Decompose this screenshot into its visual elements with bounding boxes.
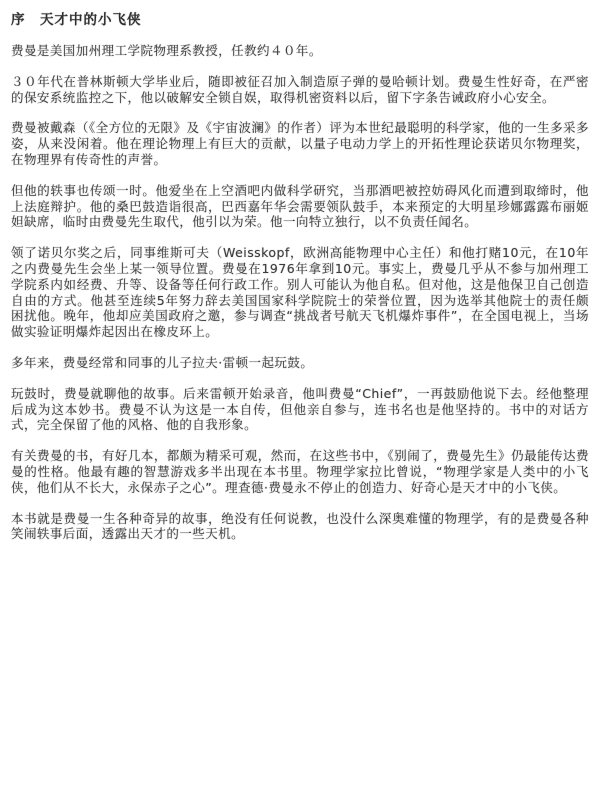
paragraph: 费曼被戴森（《全方位的无限》及《宇宙波澜》的作者）评为本世纪最聪明的科学家，他的… <box>11 120 589 167</box>
page-title: 序 天才中的小飞侠 <box>11 12 589 29</box>
paragraph: 但他的轶事也传颂一时。他爱坐在上空酒吧内做科学研究，当那酒吧被控妨碍风化而遭到取… <box>11 183 589 230</box>
paragraph: 领了诺贝尔奖之后，同事维斯可夫（Weisskopf，欧洲高能物理中心主任）和他打… <box>11 245 589 340</box>
paragraph: 多年来，费曼经常和同事的儿子拉夫·雷顿一起玩鼓。 <box>11 355 589 371</box>
paragraph: 本书就是费曼一生各种奇异的故事，绝没有任何说教，也没什么深奥难懂的物理学，有的是… <box>11 511 589 543</box>
paragraph: 有关费曼的书，有好几本，都颇为精采可观，然而，在这些书中，《别闹了，费曼先生》仍… <box>11 448 589 495</box>
paragraph: 费曼是美国加州理工学院物理系教授，任教约４０年。 <box>11 43 589 59</box>
paragraph: ３０年代在普林斯顿大学毕业后，随即被征召加入制造原子弹的曼哈顿计划。费曼生性好奇… <box>11 74 589 106</box>
preface-page: 序 天才中的小飞侠 费曼是美国加州理工学院物理系教授，任教约４０年。 ３０年代在… <box>0 0 600 800</box>
paragraph: 玩鼓时，费曼就聊他的故事。后来雷顿开始录音，他叫费曼“Chief”，一再鼓励他说… <box>11 386 589 433</box>
